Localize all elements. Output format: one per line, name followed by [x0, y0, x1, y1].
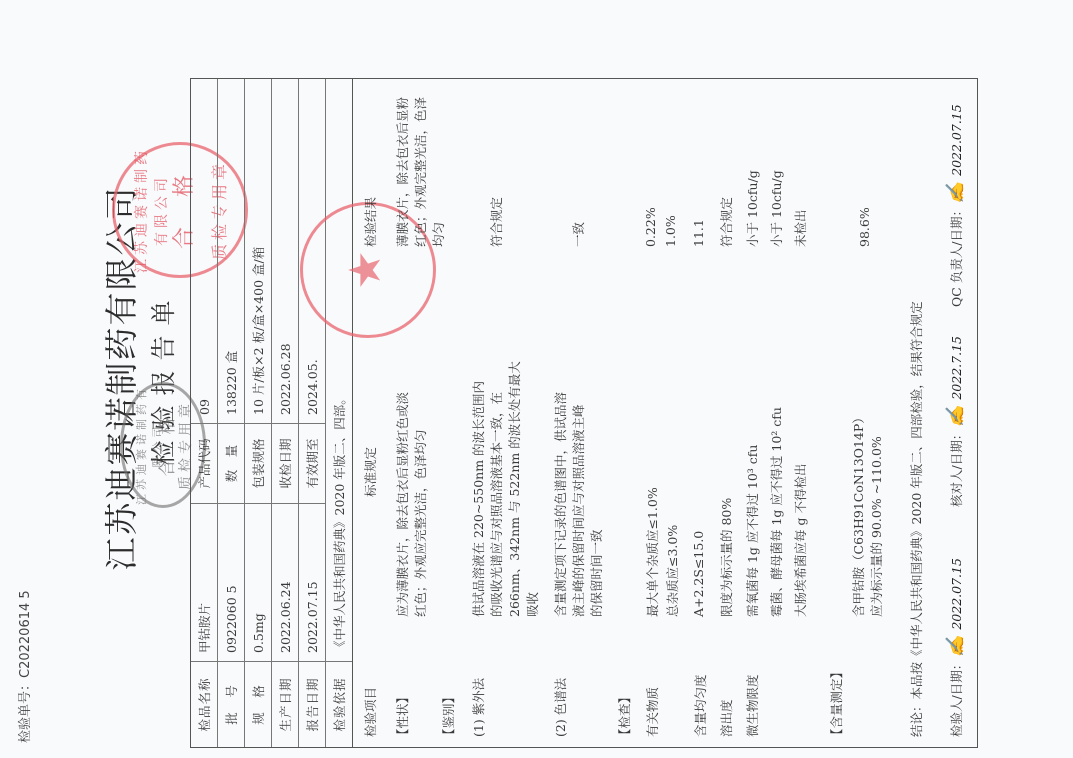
results-section: 检验项目 标准规定 检验结果 【性状】 应为薄膜衣片，除去包衣后显粉红色或淡 红…	[347, 78, 978, 748]
info-value: 09	[191, 79, 217, 423]
result-text: 薄膜衣片，除去包衣后显粉	[393, 97, 411, 247]
standard-text: 红色；外观应完整光洁，色泽均匀	[411, 429, 429, 617]
result-text: 红色；外观完整光洁，色泽	[411, 97, 429, 247]
item-related-substances: 有关物质	[643, 687, 661, 737]
item-uv: (1) 紫外法	[469, 678, 487, 737]
info-row: 规 格 0.5mg 包装规格 10 片/板×2 板/盒×400 盒/箱	[245, 79, 272, 747]
checker-date: 2022.7.15	[949, 336, 964, 400]
info-row: 批 号 0922060 5 数 量 138220 盒	[218, 79, 245, 747]
info-value: 0.5mg	[245, 503, 271, 661]
info-value: 2022.07.15	[299, 503, 325, 661]
info-value: 2024.05.	[299, 79, 325, 423]
section-identification: 【鉴别】	[439, 691, 457, 741]
result-text: 一致	[569, 222, 587, 247]
signature-mark: ✍	[945, 400, 966, 428]
inspector-signature: 检验人/日期：✍ 2022.07.15	[945, 558, 966, 737]
item-microbial-limit: 微生物限度	[743, 674, 761, 737]
inspector-label: 检验人/日期：	[949, 658, 964, 737]
item-hplc: (2) 色谱法	[551, 678, 569, 737]
info-key: 收检日期	[272, 423, 298, 503]
standard-text: 吸收	[523, 592, 541, 617]
inspector-date: 2022.07.15	[949, 558, 964, 630]
qc-signature: QC 负责人/日期：✍ 2022.07.15	[945, 104, 966, 307]
checker-label: 核对人/日期：	[949, 428, 964, 507]
info-value: 138220 盒	[218, 79, 244, 423]
standard-text: 限度为标示量的 80%	[717, 498, 735, 617]
standard-text: 大肠埃希菌应每 g 不得检出	[791, 464, 809, 617]
info-row: 生产日期 2022.06.24 收检日期 2022.06.28	[272, 79, 299, 747]
info-key: 检品名称	[191, 661, 217, 747]
info-key: 产品代码	[191, 423, 217, 503]
result-text: 小于 10cfu/g	[767, 170, 785, 247]
inspection-report-page: 检验单号：C20220614 5 江苏迪赛诺制药有限公司 检验报告单 江苏迪赛诺…	[0, 0, 1073, 758]
info-key: 有效期至	[299, 423, 325, 503]
info-value: 0922060 5	[218, 503, 244, 661]
qc-date: 2022.07.15	[949, 104, 964, 176]
doc-number-label: 检验单号：	[18, 678, 33, 743]
info-key: 包装规格	[245, 423, 271, 503]
standard-text: 的吸收光谱应与对照品溶液基本一致，在	[487, 392, 505, 617]
standard-text: 霉菌、酵母菌每 1g 应不得过 10² cfu	[767, 407, 785, 617]
info-key: 生产日期	[272, 661, 298, 747]
result-text: 小于 10cfu/g	[743, 170, 761, 247]
info-value: 2022.06.24	[272, 503, 298, 661]
info-key: 规 格	[245, 661, 271, 747]
doc-number-value: C20220614 5	[18, 590, 33, 678]
result-text: 98.6%	[857, 207, 872, 247]
result-text: 0.22%	[643, 207, 658, 247]
standard-text: 266nm、342nm 与 522nm 的波长处有最大	[505, 361, 523, 617]
section-assay: 【含量测定】	[827, 666, 845, 741]
info-row: 报告日期 2022.07.15 有效期至 2024.05.	[299, 79, 326, 747]
col-header-item: 检验项目	[361, 687, 379, 737]
standard-text: A+2.2S≤15.0	[691, 531, 706, 617]
col-header-standard: 标准规定	[361, 447, 379, 497]
section-appearance: 【性状】	[393, 691, 411, 741]
report-title: 检验报告单	[144, 198, 180, 558]
doc-number: 检验单号：C20220614 5	[14, 590, 33, 743]
item-dissolution: 溶出度	[717, 699, 735, 737]
standard-text: 含量测定项下记录的色谱图中，供试品溶	[551, 392, 569, 617]
standard-text: 应为标示量的 90.0% ~110.0%	[867, 436, 885, 617]
checker-signature: 核对人/日期：✍ 2022.7.15	[945, 336, 966, 507]
col-header-result: 检验结果	[361, 197, 379, 247]
info-row: 检品名称 甲钴胺片 产品代码 09	[191, 79, 218, 747]
standard-text: 含甲钴胺（C63H91CoN13O14P）	[849, 411, 867, 617]
conclusion: 结论：本品按《中华人民共和国药典》2020 年版二、四部检验，结果符合规定	[907, 301, 925, 737]
section-inspection: 【检查】	[615, 691, 633, 741]
result-text: 均匀	[429, 222, 447, 247]
standard-text: 液主峰的保留时间应与对照品溶液主峰	[569, 404, 587, 617]
qc-label: QC 负责人/日期：	[949, 204, 964, 307]
info-value: 甲钴胺片	[191, 503, 217, 661]
standard-text: 总杂质应≤3.0%	[663, 525, 681, 617]
info-key: 批 号	[218, 661, 244, 747]
item-content-uniformity: 含量均匀度	[691, 674, 709, 737]
info-key: 数 量	[218, 423, 244, 503]
standard-text: 最大单个杂质应≤1.0%	[643, 487, 661, 617]
product-info-table: 检品名称 甲钴胺片 产品代码 09 批 号 0922060 5 数 量 1382…	[190, 78, 353, 748]
standard-text: 需氧菌每 1g 应不得过 10³ cfu	[743, 445, 761, 617]
standard-text: 应为薄膜衣片，除去包衣后显粉红色或淡	[393, 392, 411, 617]
signature-mark: ✍	[945, 630, 966, 658]
info-value: 2022.06.28	[272, 79, 298, 423]
result-text: 符合规定	[487, 197, 505, 247]
result-text: 1.0%	[663, 215, 678, 247]
standard-text: 供试品溶液在 220~550nm 的波长范围内	[469, 381, 487, 617]
signature-mark: ✍	[945, 176, 966, 204]
info-value: 10 片/板×2 板/盒×400 盒/箱	[245, 79, 271, 423]
standard-text: 的保留时间一致	[587, 529, 605, 617]
result-text: 符合规定	[717, 197, 735, 247]
info-key: 报告日期	[299, 661, 325, 747]
result-text: 未检出	[791, 209, 809, 247]
company-name: 江苏迪赛诺制药有限公司	[96, 58, 143, 698]
result-text: 11.1	[691, 219, 706, 247]
